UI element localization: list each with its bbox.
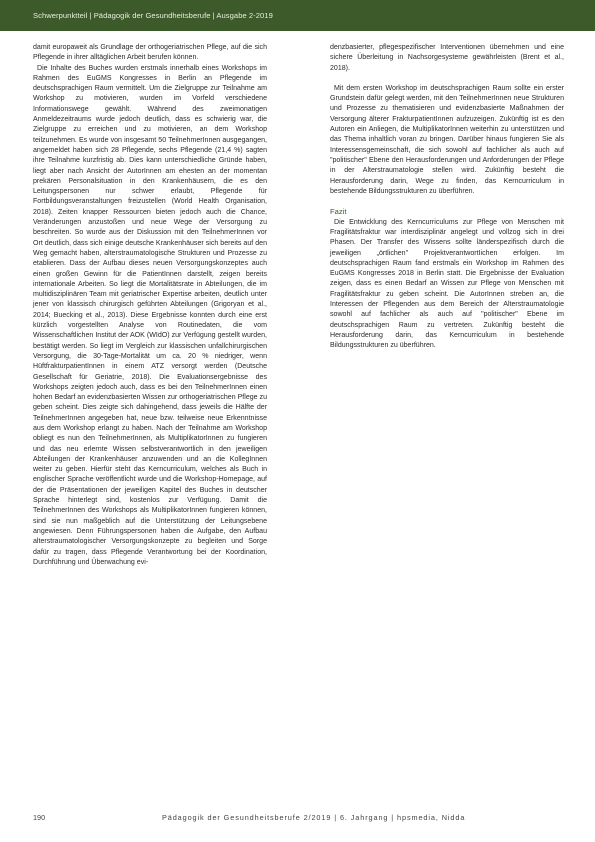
paragraph: damit europaweit als Grundlage der ortho… bbox=[33, 43, 267, 64]
paragraph: Die Inhalte des Buches wurden erstmals i… bbox=[33, 64, 267, 569]
paragraph: denzbasierter, pflegespezifischer Interv… bbox=[330, 43, 564, 74]
right-column: denzbasierter, pflegespezifischer Interv… bbox=[330, 43, 564, 352]
journal-citation: Pädagogik der Gesundheitsberufe 2/2019 |… bbox=[162, 813, 465, 822]
section-heading-fazit: Fazit bbox=[330, 207, 564, 218]
running-header-title: Schwerpunktteil | Pädagogik der Gesundhe… bbox=[33, 11, 273, 20]
left-column: damit europaweit als Grundlage der ortho… bbox=[33, 43, 267, 568]
paragraph: Die Entwicklung des Kerncurriculums zur … bbox=[330, 218, 564, 352]
paragraph: Mit dem ersten Workshop im deutschsprach… bbox=[330, 84, 564, 197]
page-number: 190 bbox=[33, 813, 45, 822]
header-band: Schwerpunktteil | Pädagogik der Gesundhe… bbox=[0, 0, 595, 31]
